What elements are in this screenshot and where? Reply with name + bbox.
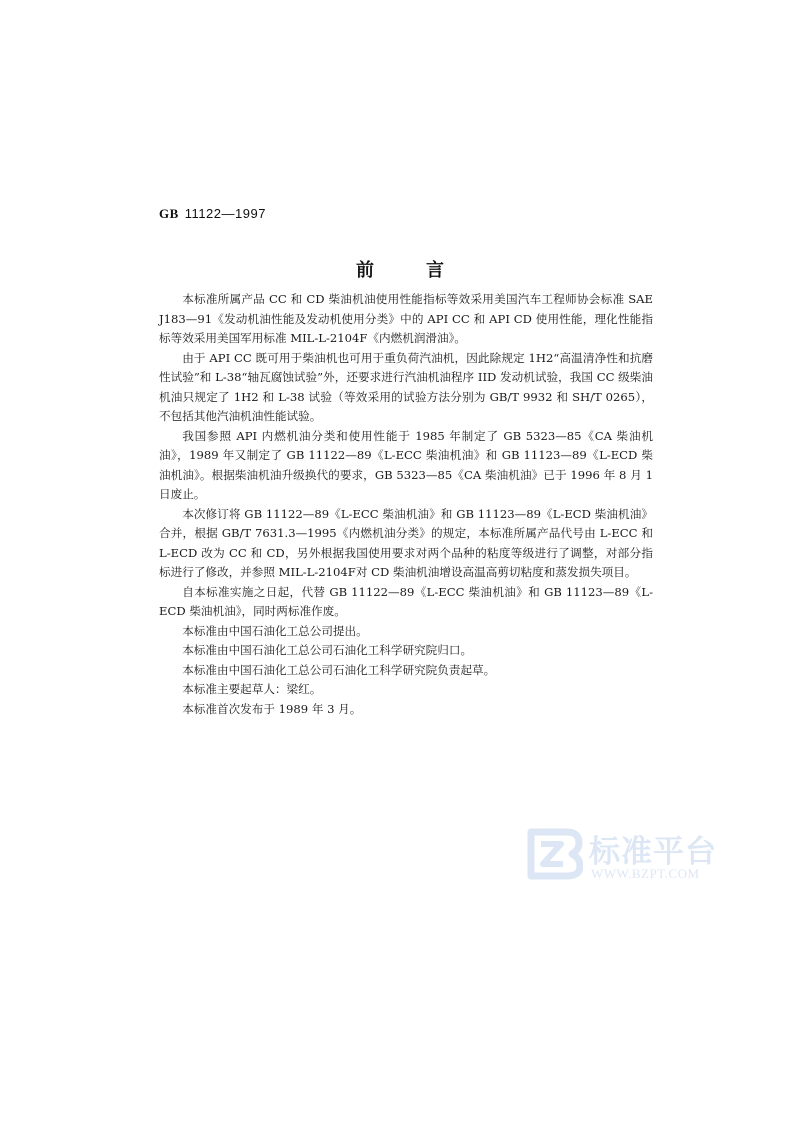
foreword-body: 本标准所属产品 CC 和 CD 柴油机油使用性能指标等效采用美国汽车工程师协会标… — [159, 290, 653, 719]
paragraph-replacement: 自本标准实施之日起，代替 GB 11122—89《L-ECC 柴油机油》和 GB… — [159, 583, 653, 622]
watermark-url: WWW.BZPT.COM — [591, 866, 700, 882]
watermark: 标准平台 WWW.BZPT.COM — [527, 826, 727, 886]
page-title: 前言 — [0, 256, 800, 282]
paragraph-revision: 本次修订将 GB 11122—89《L-ECC 柴油机油》和 GB 11123—… — [159, 505, 653, 583]
standard-number: GB11122—1997 — [159, 206, 266, 222]
title-char-2: 言 — [426, 256, 444, 282]
document-page: GB11122—1997 前言 本标准所属产品 CC 和 CD 柴油机油使用性能… — [0, 0, 800, 1132]
paragraph-centralized: 本标准由中国石油化工总公司石油化工科学研究院归口。 — [159, 641, 653, 661]
paragraph-proposer: 本标准由中国石油化工总公司提出。 — [159, 622, 653, 642]
paragraph-history: 我国参照 API 内燃机油分类和使用性能于 1985 年制定了 GB 5323—… — [159, 427, 653, 505]
paragraph-drafter-org: 本标准由中国石油化工总公司石油化工科学研究院负责起草。 — [159, 661, 653, 681]
paragraph-first-release: 本标准首次发布于 1989 年 3 月。 — [159, 700, 653, 720]
title-char-1: 前 — [356, 256, 374, 282]
bzpt-logo-icon — [527, 828, 583, 880]
paragraph-api-cc: 由于 API CC 既可用于柴油机也可用于重负荷汽油机，因此除规定 1H2“高温… — [159, 349, 653, 427]
watermark-text: 标准平台 — [589, 826, 717, 871]
standard-prefix: GB — [159, 206, 179, 221]
paragraph-drafter: 本标准主要起草人：梁红。 — [159, 680, 653, 700]
paragraph-scope: 本标准所属产品 CC 和 CD 柴油机油使用性能指标等效采用美国汽车工程师协会标… — [159, 290, 653, 349]
standard-code: 11122—1997 — [185, 206, 266, 221]
